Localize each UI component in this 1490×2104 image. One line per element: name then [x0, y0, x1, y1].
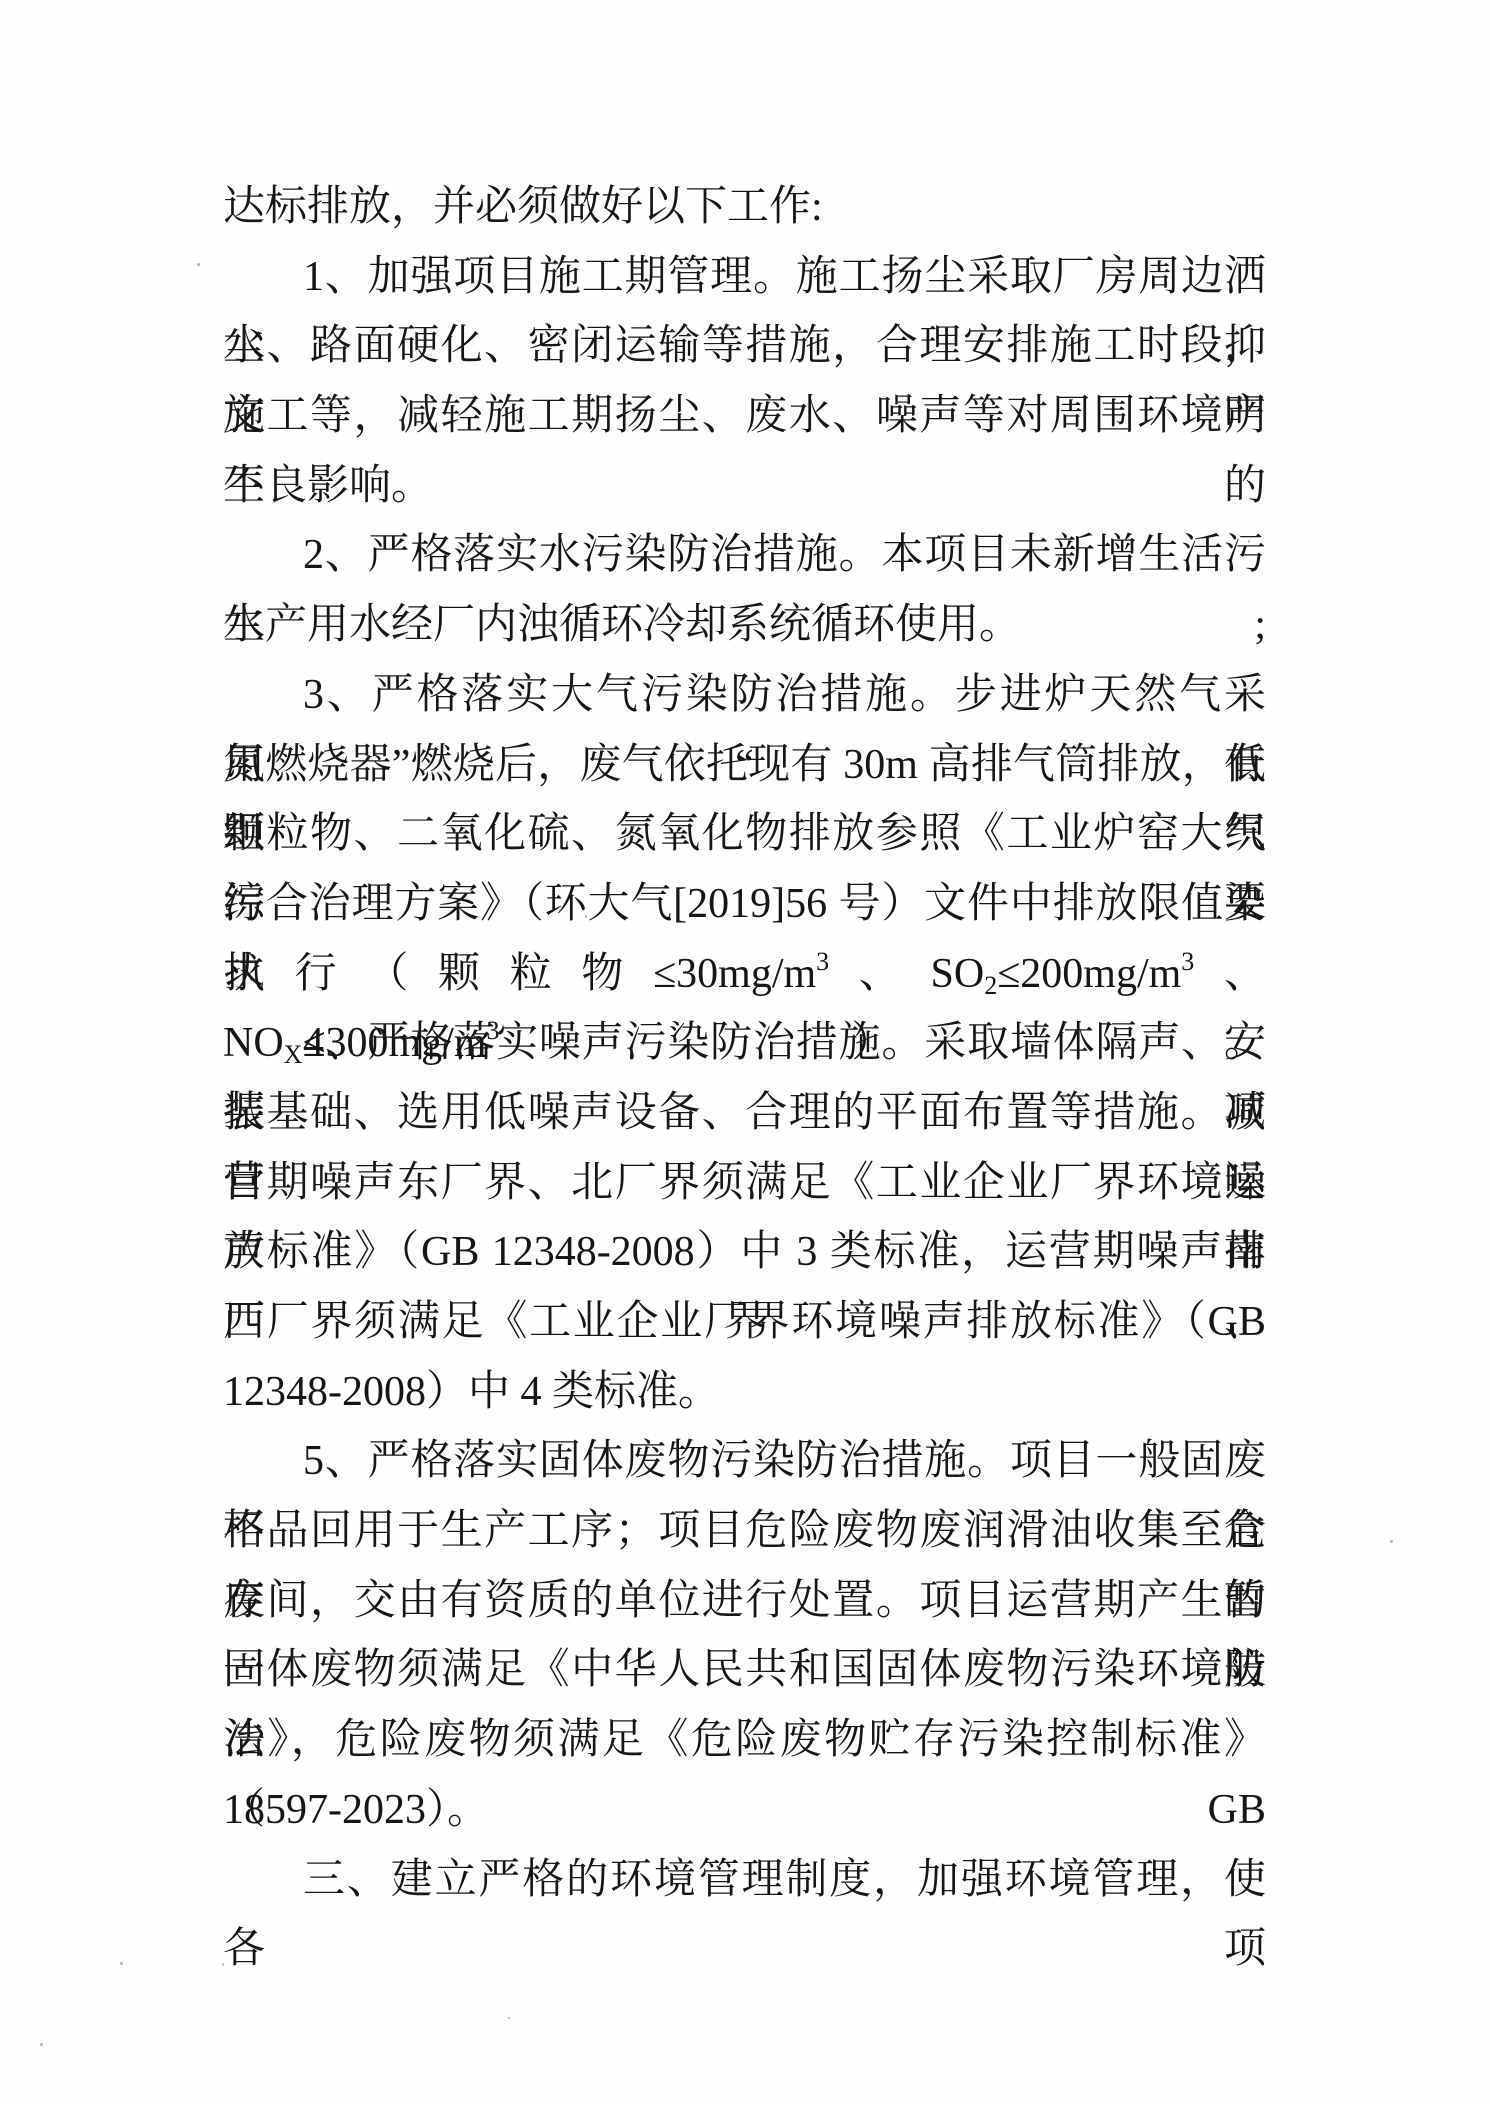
text-line: 西厂界须满足《工业企业厂界环境噪声排放标准》（GB: [223, 1288, 1266, 1358]
sup-text: 3: [816, 947, 829, 976]
text-line: 氮燃烧器”燃烧后，废气依托现有 30m 高排气筒排放，有组织: [223, 731, 1266, 801]
scan-speck: [1108, 345, 1111, 348]
sup-text: 3: [1181, 947, 1194, 976]
scan-speck: [508, 2017, 510, 2019]
text-line: 固体废物须满足《中华人民共和国固体废物污染环境防治: [223, 1636, 1266, 1706]
text-line: 2、严格落实水污染防治措施。本项目未新增生活污水;: [223, 521, 1266, 591]
text-segment: 达标排放，并必须做好以下工作:: [223, 184, 823, 230]
text-line: 综合治理方案》（环大气[2019]56 号）文件中排放限值要求: [223, 870, 1266, 940]
text-segment: ≤200mg/m: [997, 951, 1181, 997]
document-page: 达标排放，并必须做好以下工作:1、加强项目施工期管理。施工扬尘采取厂房周边洒水抑…: [0, 0, 1490, 2104]
text-line: 施工等，减轻施工期扬尘、废水、噪声等对周围环境产生的: [223, 382, 1266, 452]
text-line: 3、严格落实大气污染防治措施。步进炉天然气采用“低: [223, 661, 1266, 731]
text-line: 振基础、选用低噪声设备、合理的平面布置等措施。项目运: [223, 1079, 1266, 1149]
text-line: 颗粒物、二氧化硫、氮氧化物排放参照《工业炉窑大气污染: [223, 800, 1266, 870]
scan-speck: [197, 263, 200, 266]
text-line: 5、严格落实固体废物污染防治措施。项目一般固废不合: [223, 1427, 1266, 1497]
text-line: 营期噪声东厂界、北厂界须满足《工业企业厂界环境噪声排: [223, 1149, 1266, 1219]
text-segment: 、SO: [829, 951, 984, 997]
text-segment: 执行（颗粒物≤30mg/m: [223, 951, 816, 997]
text-segment: 三、建立严格的环境管理制度，加强环境管理，使各项: [223, 1857, 1266, 1973]
text-segment: 不良影响。: [223, 463, 433, 509]
text-segment: 生产用水经厂内浊循环冷却系统循环使用。: [223, 602, 1021, 648]
text-line: 存间，交由有资质的单位进行处置。项目运营期产生的一般: [223, 1567, 1266, 1637]
scan-speck: [222, 1963, 224, 1966]
scan-speck: [585, 915, 587, 918]
sub-text: 2: [984, 971, 997, 1000]
text-line: 格品回用于生产工序；项目危险废物废润滑油收集至危废暂: [223, 1497, 1266, 1567]
scan-speck: [1248, 540, 1250, 543]
text-line: 法》，危险废物须满足《危险废物贮存污染控制标准》（GB: [223, 1706, 1266, 1776]
text-segment: 12348-2008）中 4 类标准。: [223, 1369, 720, 1415]
scan-speck: [1390, 1540, 1393, 1543]
text-line: 12348-2008）中 4 类标准。: [223, 1358, 1266, 1428]
document-body: 达标排放，并必须做好以下工作:1、加强项目施工期管理。施工扬尘采取厂房周边洒水抑…: [223, 173, 1266, 1915]
scan-speck: [120, 1962, 123, 1965]
text-segment: 18597-2023）。: [223, 1787, 489, 1833]
text-line: 三、建立严格的环境管理制度，加强环境管理，使各项: [223, 1846, 1266, 1916]
text-line: 1、加强项目施工期管理。施工扬尘采取厂房周边洒水抑: [223, 243, 1266, 313]
text-line: 放标准》（GB 12348-2008）中 3 类标准，运营期噪声南厂界、: [223, 1218, 1266, 1288]
text-line: 执行（颗粒物≤30mg/m3、SO2≤200mg/m3、NOX≤300mg/m3…: [223, 940, 1266, 1010]
text-line: 4、严格落实噪声污染防治措施。采取墙体隔声、安装减: [223, 1009, 1266, 1079]
text-line: 达标排放，并必须做好以下工作:: [223, 173, 1266, 243]
text-segment: 西厂界须满足《工业企业厂界环境噪声排放标准》（GB: [223, 1299, 1266, 1345]
scan-speck: [40, 2043, 43, 2046]
sub-text: X: [284, 1040, 303, 1069]
